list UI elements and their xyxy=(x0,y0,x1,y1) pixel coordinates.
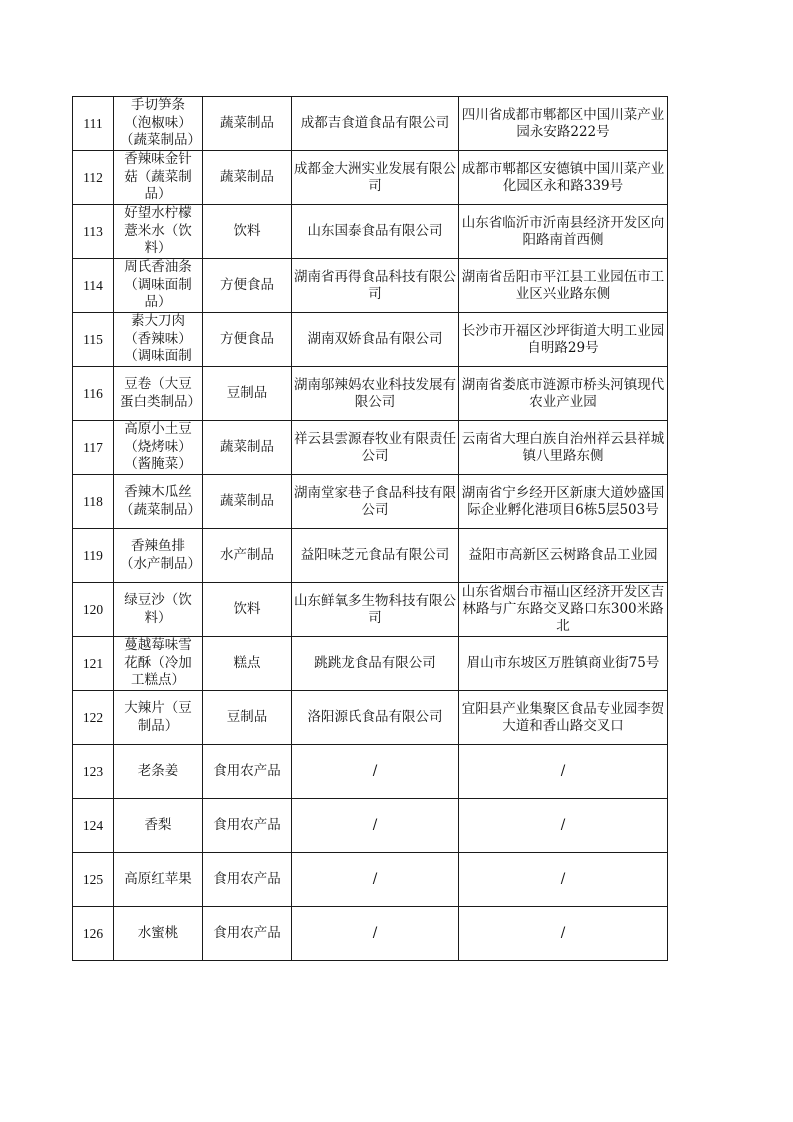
manufacturer-address: / xyxy=(459,799,668,853)
manufacturer-name: 山东国泰食品有限公司 xyxy=(292,205,459,259)
product-category: 蔬菜制品 xyxy=(203,97,292,151)
product-name: 好望水柠檬薏米水（饮料） xyxy=(114,205,203,259)
row-number: 122 xyxy=(73,691,114,745)
table-row: 125 高原红苹果 食用农产品 / / xyxy=(73,853,668,907)
product-name: 大辣片（豆制品） xyxy=(114,691,203,745)
product-name: 香辣味金针菇（蔬菜制品） xyxy=(114,151,203,205)
row-number: 116 xyxy=(73,367,114,421)
manufacturer-name: 益阳味芝元食品有限公司 xyxy=(292,529,459,583)
manufacturer-name: 洛阳源氏食品有限公司 xyxy=(292,691,459,745)
manufacturer-address: / xyxy=(459,853,668,907)
product-name: 素大刀肉（香辣味）（调味面制品） xyxy=(114,313,203,367)
manufacturer-name: 湖南堂家巷子食品科技有限公司 xyxy=(292,475,459,529)
manufacturer-address: 湖南省岳阳市平江县工业园伍市工业区兴业路东侧 xyxy=(459,259,668,313)
product-name: 蔓越莓味雪花酥（冷加工糕点） xyxy=(114,637,203,691)
row-number: 123 xyxy=(73,745,114,799)
manufacturer-name: 跳跳龙食品有限公司 xyxy=(292,637,459,691)
product-name: 香辣鱼排（水产制品） xyxy=(114,529,203,583)
row-number: 119 xyxy=(73,529,114,583)
manufacturer-address: 四川省成都市郫都区中国川菜产业园永安路222号 xyxy=(459,97,668,151)
row-number: 118 xyxy=(73,475,114,529)
table-row: 112 香辣味金针菇（蔬菜制品） 蔬菜制品 成都金大洲实业发展有限公司 成都市郫… xyxy=(73,151,668,205)
product-name: 香梨 xyxy=(114,799,203,853)
manufacturer-name: / xyxy=(292,745,459,799)
product-category: 食用农产品 xyxy=(203,745,292,799)
row-number: 111 xyxy=(73,97,114,151)
table-row: 111 手切笋条（泡椒味）（蔬菜制品） 蔬菜制品 成都吉食道食品有限公司 四川省… xyxy=(73,97,668,151)
product-name: 高原小土豆（烧烤味）（酱腌菜） xyxy=(114,421,203,475)
manufacturer-address: 宜阳县产业集聚区食品专业园李贺大道和香山路交叉口 xyxy=(459,691,668,745)
manufacturer-name: 湖南邬辣妈农业科技发展有限公司 xyxy=(292,367,459,421)
manufacturer-address: 成都市郫都区安德镇中国川菜产业化园区永和路339号 xyxy=(459,151,668,205)
product-category: 水产制品 xyxy=(203,529,292,583)
product-category: 蔬菜制品 xyxy=(203,475,292,529)
product-name: 豆卷（大豆蛋白类制品） xyxy=(114,367,203,421)
row-number: 113 xyxy=(73,205,114,259)
table-row: 117 高原小土豆（烧烤味）（酱腌菜） 蔬菜制品 祥云县雲源春牧业有限责任公司 … xyxy=(73,421,668,475)
row-number: 115 xyxy=(73,313,114,367)
manufacturer-address: 益阳市高新区云树路食品工业园 xyxy=(459,529,668,583)
manufacturer-address: 山东省烟台市福山区经济开发区吉林路与广东路交叉路口东300米路北 xyxy=(459,583,668,637)
table-row: 124 香梨 食用农产品 / / xyxy=(73,799,668,853)
table-row: 123 老条姜 食用农产品 / / xyxy=(73,745,668,799)
product-category: 食用农产品 xyxy=(203,853,292,907)
row-number: 124 xyxy=(73,799,114,853)
product-category: 豆制品 xyxy=(203,691,292,745)
manufacturer-name: 山东鲜氧多生物科技有限公司 xyxy=(292,583,459,637)
product-category: 方便食品 xyxy=(203,313,292,367)
document-page: 111 手切笋条（泡椒味）（蔬菜制品） 蔬菜制品 成都吉食道食品有限公司 四川省… xyxy=(0,0,793,1122)
manufacturer-address: / xyxy=(459,907,668,961)
row-number: 126 xyxy=(73,907,114,961)
row-number: 121 xyxy=(73,637,114,691)
manufacturer-name: / xyxy=(292,907,459,961)
table-row: 114 周氏香油条（调味面制品） 方便食品 湖南省再得食品科技有限公司 湖南省岳… xyxy=(73,259,668,313)
table-row: 113 好望水柠檬薏米水（饮料） 饮料 山东国泰食品有限公司 山东省临沂市沂南县… xyxy=(73,205,668,259)
product-name: 绿豆沙（饮料） xyxy=(114,583,203,637)
manufacturer-address: 长沙市开福区沙坪街道大明工业园自明路29号 xyxy=(459,313,668,367)
manufacturer-name: 成都吉食道食品有限公司 xyxy=(292,97,459,151)
product-name: 高原红苹果 xyxy=(114,853,203,907)
manufacturer-name: 湖南双娇食品有限公司 xyxy=(292,313,459,367)
product-name: 手切笋条（泡椒味）（蔬菜制品） xyxy=(114,97,203,151)
manufacturer-address: 云南省大理白族自治州祥云县祥城镇八里路东侧 xyxy=(459,421,668,475)
manufacturer-name: 祥云县雲源春牧业有限责任公司 xyxy=(292,421,459,475)
product-name: 老条姜 xyxy=(114,745,203,799)
manufacturer-address: 眉山市东坡区万胜镇商业街75号 xyxy=(459,637,668,691)
product-category: 食用农产品 xyxy=(203,799,292,853)
product-category: 食用农产品 xyxy=(203,907,292,961)
manufacturer-name: 湖南省再得食品科技有限公司 xyxy=(292,259,459,313)
table-row: 121 蔓越莓味雪花酥（冷加工糕点） 糕点 跳跳龙食品有限公司 眉山市东坡区万胜… xyxy=(73,637,668,691)
table-body: 111 手切笋条（泡椒味）（蔬菜制品） 蔬菜制品 成都吉食道食品有限公司 四川省… xyxy=(73,97,668,961)
table-row: 115 素大刀肉（香辣味）（调味面制品） 方便食品 湖南双娇食品有限公司 长沙市… xyxy=(73,313,668,367)
manufacturer-address: 山东省临沂市沂南县经济开发区向阳路南首西侧 xyxy=(459,205,668,259)
table-row: 116 豆卷（大豆蛋白类制品） 豆制品 湖南邬辣妈农业科技发展有限公司 湖南省娄… xyxy=(73,367,668,421)
product-category: 饮料 xyxy=(203,583,292,637)
manufacturer-address: 湖南省娄底市涟源市桥头河镇现代农业产业园 xyxy=(459,367,668,421)
row-number: 125 xyxy=(73,853,114,907)
product-name: 水蜜桃 xyxy=(114,907,203,961)
product-category: 饮料 xyxy=(203,205,292,259)
table-row: 122 大辣片（豆制品） 豆制品 洛阳源氏食品有限公司 宜阳县产业集聚区食品专业… xyxy=(73,691,668,745)
product-category: 蔬菜制品 xyxy=(203,421,292,475)
row-number: 120 xyxy=(73,583,114,637)
manufacturer-name: 成都金大洲实业发展有限公司 xyxy=(292,151,459,205)
table-row: 120 绿豆沙（饮料） 饮料 山东鲜氧多生物科技有限公司 山东省烟台市福山区经济… xyxy=(73,583,668,637)
row-number: 114 xyxy=(73,259,114,313)
table-row: 126 水蜜桃 食用农产品 / / xyxy=(73,907,668,961)
manufacturer-address: / xyxy=(459,745,668,799)
row-number: 117 xyxy=(73,421,114,475)
product-name: 香辣木瓜丝（蔬菜制品） xyxy=(114,475,203,529)
product-category: 蔬菜制品 xyxy=(203,151,292,205)
product-category: 方便食品 xyxy=(203,259,292,313)
table-row: 118 香辣木瓜丝（蔬菜制品） 蔬菜制品 湖南堂家巷子食品科技有限公司 湖南省宁… xyxy=(73,475,668,529)
row-number: 112 xyxy=(73,151,114,205)
table-row: 119 香辣鱼排（水产制品） 水产制品 益阳味芝元食品有限公司 益阳市高新区云树… xyxy=(73,529,668,583)
manufacturer-name: / xyxy=(292,799,459,853)
manufacturer-address: 湖南省宁乡经开区新康大道妙盛国际企业孵化港项目6栋5层503号 xyxy=(459,475,668,529)
manufacturer-name: / xyxy=(292,853,459,907)
sampling-results-table: 111 手切笋条（泡椒味）（蔬菜制品） 蔬菜制品 成都吉食道食品有限公司 四川省… xyxy=(72,96,668,961)
product-name: 周氏香油条（调味面制品） xyxy=(114,259,203,313)
product-category: 糕点 xyxy=(203,637,292,691)
product-category: 豆制品 xyxy=(203,367,292,421)
